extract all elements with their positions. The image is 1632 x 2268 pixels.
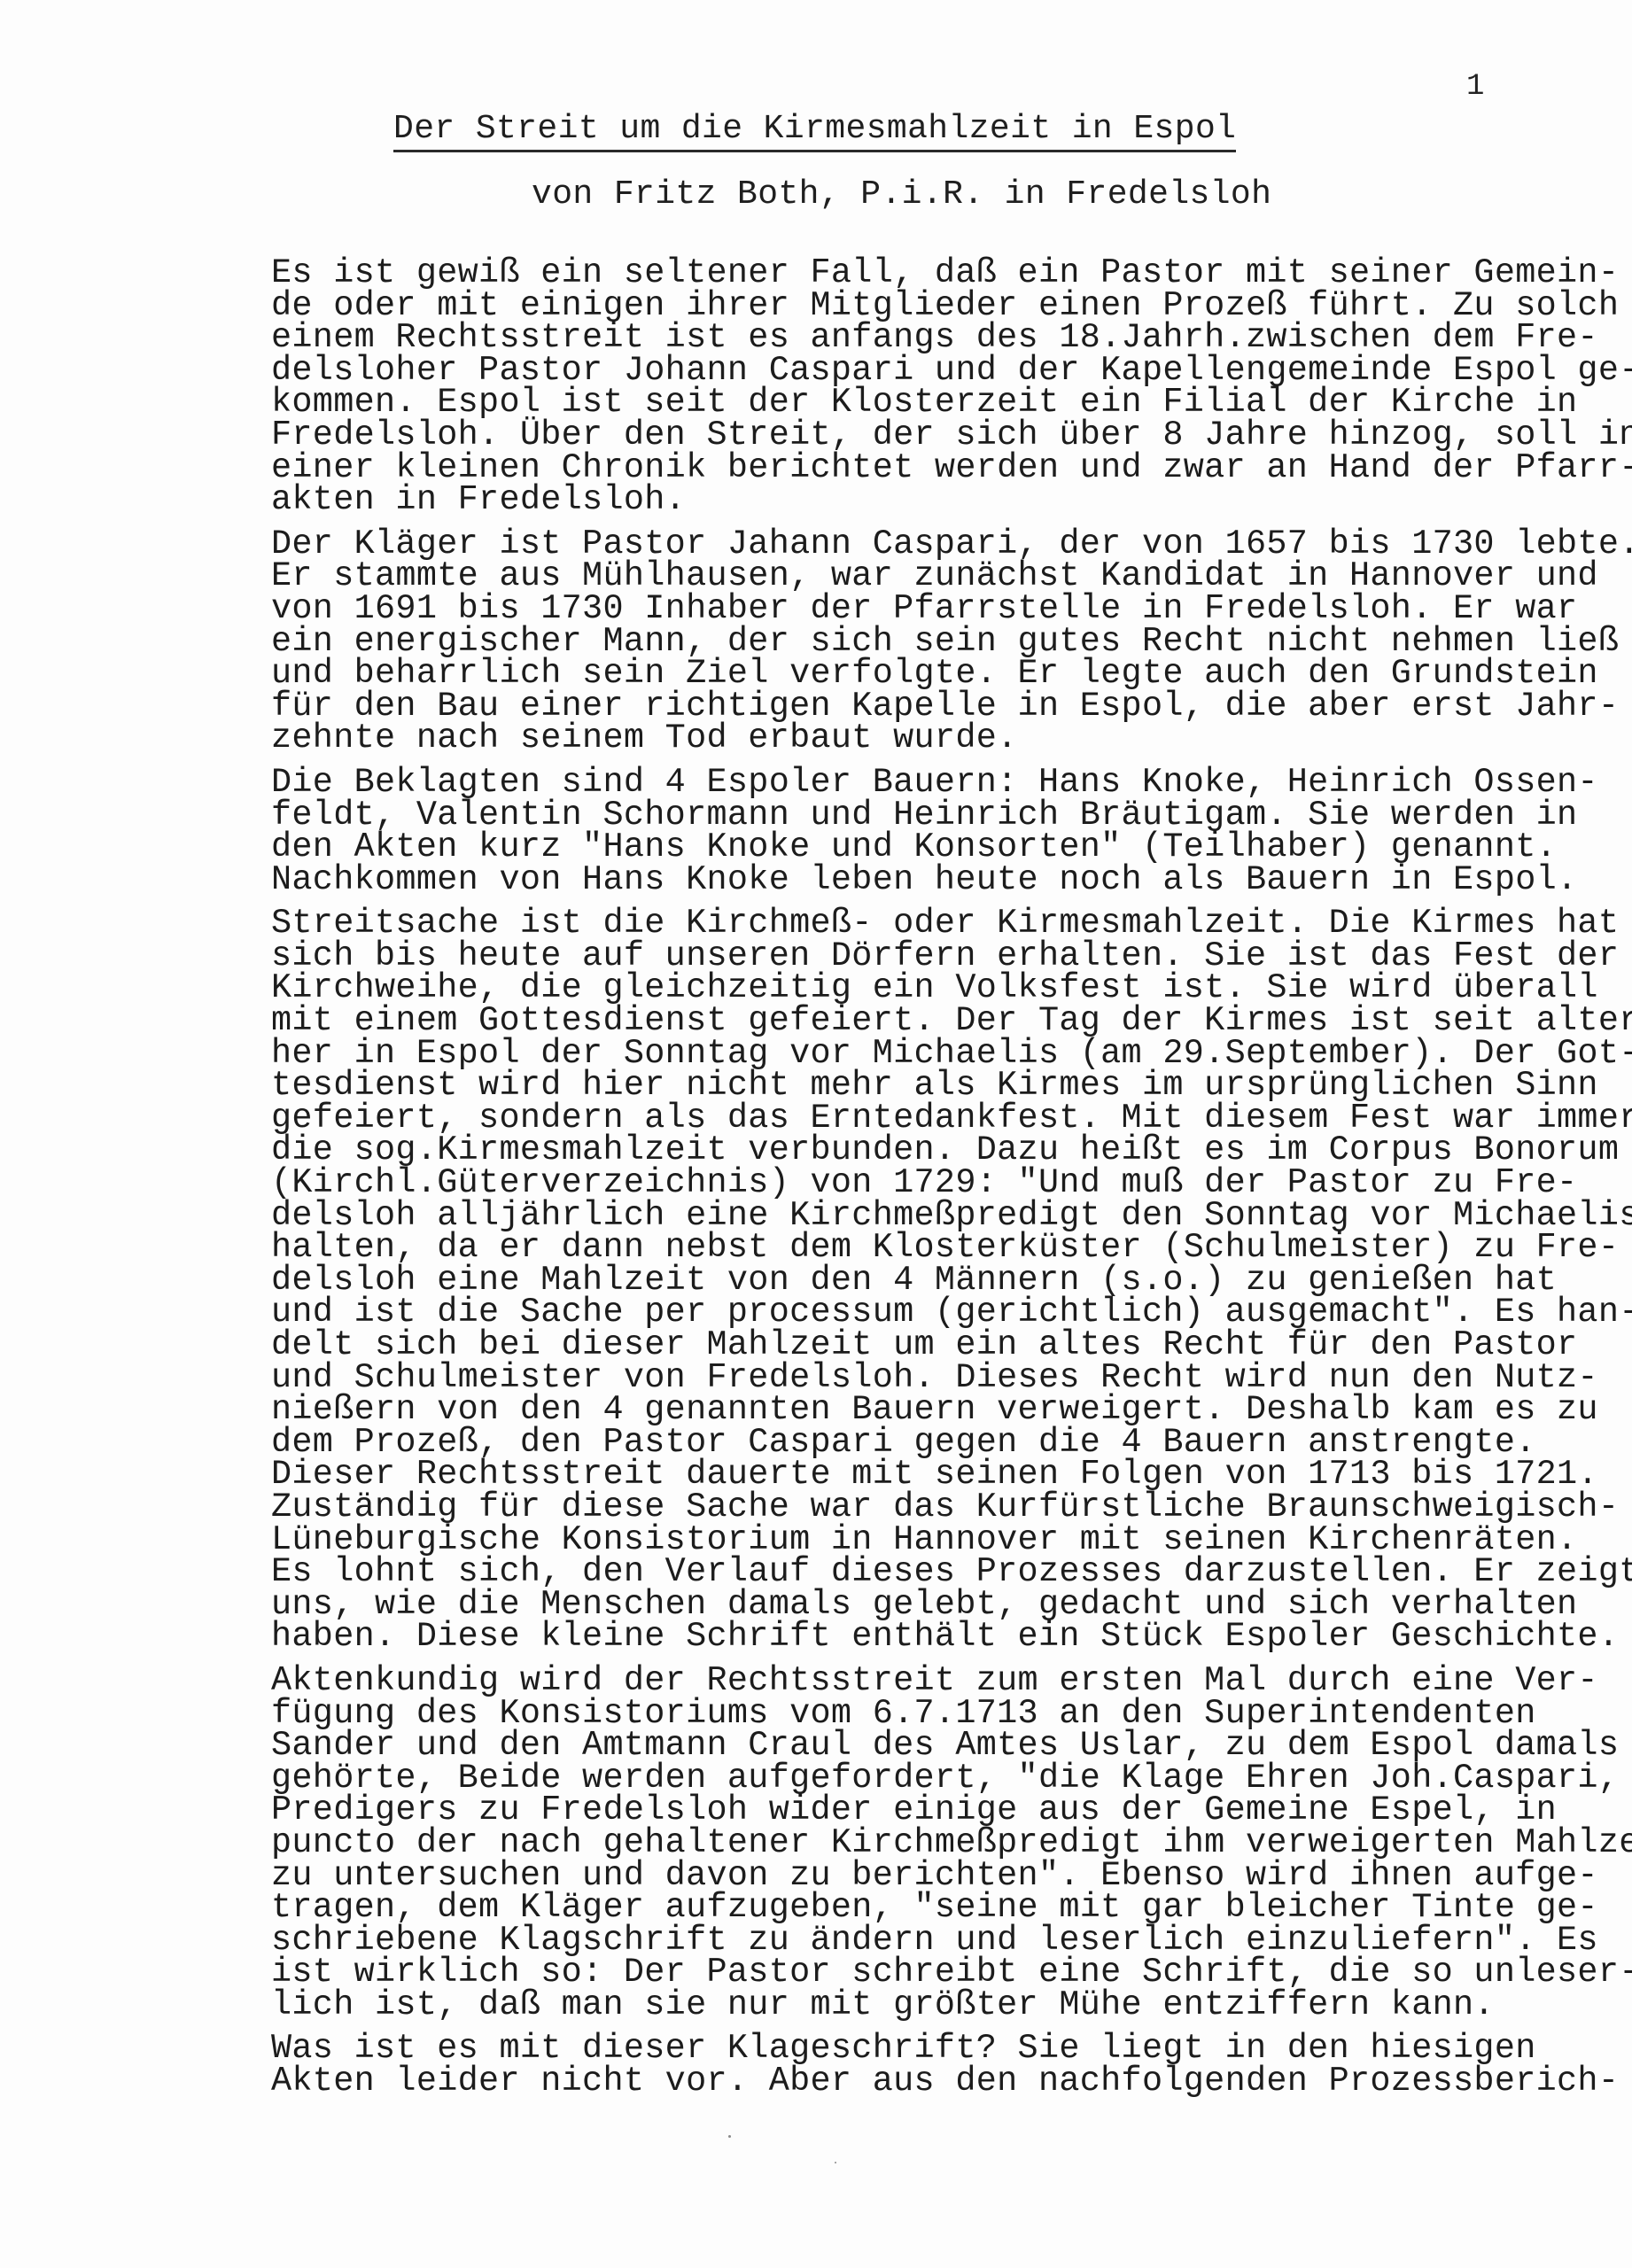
text-line: Streitsache ist die Kirchmeß- oder Kirme… [271,907,1618,940]
text-line: delsloh eine Mahlzeit von den 4 Männern … [271,1264,1618,1297]
paragraph: Aktenkundig wird der Rechtsstreit zum er… [271,1665,1618,2022]
text-line: lich ist, daß man sie nur mit größter Mü… [271,1989,1618,2022]
text-line: delt sich bei dieser Mahlzeit um ein alt… [271,1329,1618,1362]
text-line: Die Beklagten sind 4 Espoler Bauern: Han… [271,766,1618,799]
text-line: Kirchweihe, die gleichzeitig ein Volksfe… [271,972,1618,1005]
page-number: 1 [1466,69,1484,105]
text-line: von 1691 bis 1730 Inhaber der Pfarrstell… [271,593,1618,625]
text-line: Er stammte aus Mühlhausen, war zunächst … [271,560,1618,593]
text-line: und Schulmeister von Fredelsloh. Dieses … [271,1362,1618,1394]
text-line: Aktenkundig wird der Rechtsstreit zum er… [271,1665,1618,1697]
text-line: zu untersuchen und davon zu berichten". … [271,1860,1618,1892]
text-line: einer kleinen Chronik berichtet werden u… [271,452,1618,485]
text-line: mit einem Gottesdienst gefeiert. Der Tag… [271,1005,1618,1037]
text-line: akten in Fredelsloh. [271,484,1618,517]
text-line: Zuständig für diese Sache war das Kurfür… [271,1491,1618,1524]
text-line: und beharrlich sein Ziel verfolgte. Er l… [271,657,1618,690]
text-line: sich bis heute auf unseren Dörfern erhal… [271,940,1618,973]
document-title: Der Streit um die Kirmesmahlzeit in Espo… [393,110,1236,152]
text-line: ist wirklich so: Der Pastor schreibt ein… [271,1956,1618,1989]
text-line: puncto der nach gehaltener Kirchmeßpredi… [271,1827,1618,1860]
text-line: Lüneburgische Konsistorium in Hannover m… [271,1524,1618,1557]
text-line: Es lohnt sich, den Verlauf dieses Prozes… [271,1556,1618,1588]
text-line: delsloher Pastor Johann Caspari und der … [271,354,1618,387]
text-line: feldt, Valentin Schormann und Heinrich B… [271,799,1618,832]
text-line: tragen, dem Kläger aufzugeben, "seine mi… [271,1891,1618,1924]
author-byline: von Fritz Both, P.i.R. in Fredelsloh [532,175,1271,214]
text-line: her in Espol der Sonntag vor Michaelis (… [271,1037,1618,1070]
text-line: halten, da er dann nebst dem Klosterküst… [271,1231,1618,1264]
text-line: die sog.Kirmesmahlzeit verbunden. Dazu h… [271,1134,1618,1167]
scan-speck [728,2135,731,2138]
paragraph: Was ist es mit dieser Klageschrift? Sie … [271,2032,1618,2097]
text-line: gefeiert, sondern als das Erntedankfest.… [271,1102,1618,1135]
text-line: uns, wie die Menschen damals gelebt, ged… [271,1588,1618,1621]
text-line: Dieser Rechtsstreit dauerte mit seinen F… [271,1458,1618,1491]
text-line: haben. Diese kleine Schrift enthält ein … [271,1620,1618,1653]
text-line: Was ist es mit dieser Klageschrift? Sie … [271,2032,1618,2065]
text-line: gehörte, Beide werden aufgefordert, "die… [271,1762,1618,1795]
text-line: Predigers zu Fredelsloh wider einige aus… [271,1794,1618,1827]
text-line: und ist die Sache per processum (gericht… [271,1296,1618,1329]
document-body: Es ist gewiß ein seltener Fall, daß ein … [271,257,1618,2109]
text-line: den Akten kurz "Hans Knoke und Konsorten… [271,831,1618,864]
text-line: schriebene Klagschrift zu ändern und les… [271,1924,1618,1957]
text-line: de oder mit einigen ihrer Mitglieder ein… [271,290,1618,322]
text-line: dem Prozeß, den Pastor Caspari gegen die… [271,1426,1618,1459]
text-line: fügung des Konsistoriums vom 6.7.1713 an… [271,1697,1618,1730]
paragraph: Die Beklagten sind 4 Espoler Bauern: Han… [271,766,1618,896]
text-line: Der Kläger ist Pastor Jahann Caspari, de… [271,528,1618,561]
paragraph: Der Kläger ist Pastor Jahann Caspari, de… [271,528,1618,755]
scan-speck [835,2162,836,2163]
text-line: nießern von den 4 genannten Bauern verwe… [271,1394,1618,1426]
paragraph: Es ist gewiß ein seltener Fall, daß ein … [271,257,1618,517]
paragraph: Streitsache ist die Kirchmeß- oder Kirme… [271,907,1618,1653]
text-line: Fredelsloh. Über den Streit, der sich üb… [271,419,1618,452]
text-line: delsloh alljährlich eine Kirchmeßpredigt… [271,1200,1618,1232]
document-page: 1 Der Streit um die Kirmesmahlzeit in Es… [0,0,1632,2268]
text-line: Sander und den Amtmann Craul des Amtes U… [271,1729,1618,1762]
text-line: zehnte nach seinem Tod erbaut wurde. [271,722,1618,755]
text-line: kommen. Espol ist seit der Klosterzeit e… [271,386,1618,419]
text-line: für den Bau einer richtigen Kapelle in E… [271,690,1618,723]
text-line: ein energischer Mann, der sich sein gute… [271,625,1618,658]
text-line: tesdienst wird hier nicht mehr als Kirme… [271,1069,1618,1102]
text-line: Es ist gewiß ein seltener Fall, daß ein … [271,257,1618,290]
text-line: Akten leider nicht vor. Aber aus den nac… [271,2065,1618,2098]
text-line: einem Rechtsstreit ist es anfangs des 18… [271,322,1618,354]
text-line: Nachkommen von Hans Knoke leben heute no… [271,864,1618,897]
text-line: (Kirchl.Güterverzeichnis) von 1729: "Und… [271,1167,1618,1200]
